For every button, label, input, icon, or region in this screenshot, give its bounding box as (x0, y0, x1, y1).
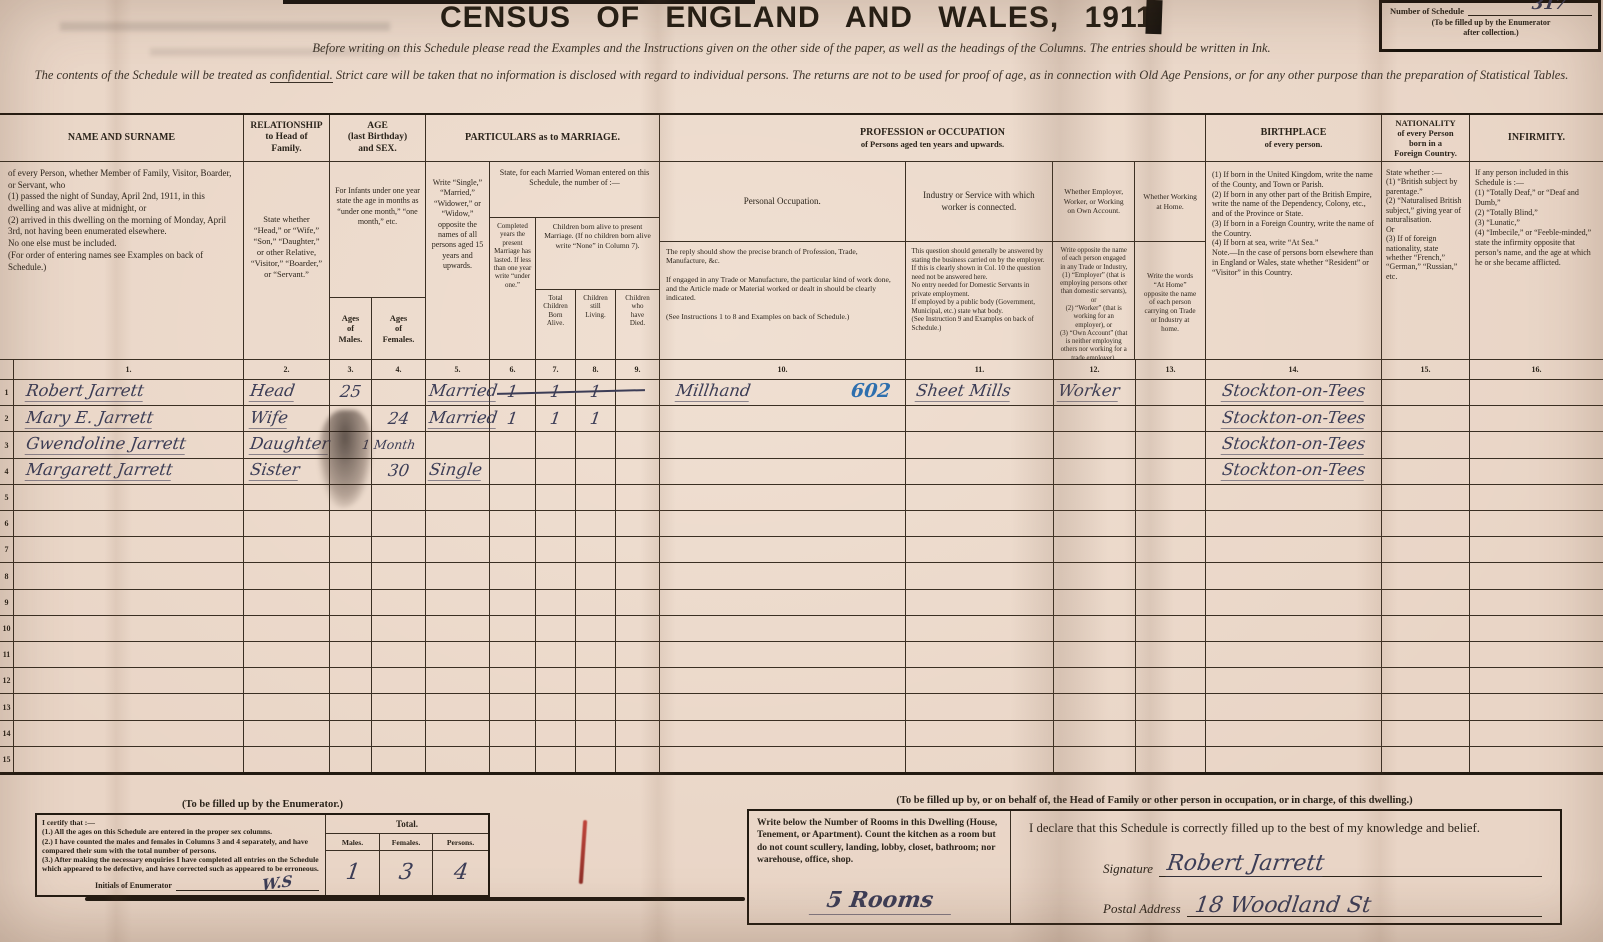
cell-died (616, 432, 660, 457)
cell-emp (1054, 406, 1136, 431)
cell-rel (244, 642, 330, 667)
cell-marital (426, 616, 490, 641)
cell-ind (906, 590, 1054, 615)
cell-nat (1382, 406, 1470, 431)
cell-home (1136, 537, 1206, 562)
cell-nat (1382, 563, 1470, 588)
males-total-value: 1 (344, 862, 361, 884)
cell-age_f (372, 380, 426, 405)
cell-living (576, 563, 616, 588)
cell-home (1136, 459, 1206, 484)
cell-nat (1382, 380, 1470, 405)
cell-home (1136, 406, 1206, 431)
table-row: 13 (0, 694, 1603, 720)
cell-rel: Wife (244, 406, 330, 431)
postal-address-label: Postal Address (1103, 901, 1181, 917)
cell-emp (1054, 616, 1136, 641)
cell-age_f (372, 537, 426, 562)
cell-marital (426, 721, 490, 746)
table-row: 4Margarett JarrettSister30SingleStockton… (0, 459, 1603, 485)
initials-line: W.S (176, 883, 319, 891)
schedule-number-label: Number of Schedule (1390, 6, 1464, 16)
column-age-title: AGE (last Birthday) and SEX. (330, 115, 425, 162)
cell-rel (244, 747, 330, 772)
cell-no: 13 (0, 694, 14, 719)
cell-rel (244, 668, 330, 693)
cell-living: 1 (576, 406, 616, 431)
col-number: 14. (1206, 360, 1382, 379)
cell-nat (1382, 747, 1470, 772)
cell-emp (1054, 432, 1136, 457)
nationality-body: State whether :— (1) “British subject by… (1382, 162, 1469, 287)
occupation-title-main: PROFESSION or OCCUPATION (860, 127, 1005, 139)
employer-status-head: Whether Employer, Worker, or Working on … (1053, 162, 1134, 242)
cell-age_m (330, 459, 372, 484)
cell-ind (906, 432, 1054, 457)
cell-age_f (372, 747, 426, 772)
cell-age_m (330, 485, 372, 510)
cell-age_m: 25 (330, 380, 372, 405)
cell-died (616, 380, 660, 405)
red-pen-stroke (579, 820, 587, 884)
table-row: 8 (0, 563, 1603, 589)
cell-ind (906, 694, 1054, 719)
column-age-females-label: Ages of Females. (372, 298, 425, 359)
signature-line: Robert Jarrett (1159, 853, 1542, 877)
cell-years (490, 616, 536, 641)
cell-name: Gwendoline Jarrett (14, 432, 244, 457)
col-number: 2. (244, 360, 330, 379)
cell-inf (1470, 511, 1603, 536)
census-schedule-scan: CENSUS OF ENGLAND AND WALES, 1911. Befor… (0, 0, 1603, 942)
cell-inf (1470, 459, 1603, 484)
cell-years (490, 432, 536, 457)
postal-address-line: 18 Woodland St (1187, 893, 1542, 917)
personal-occupation-body: The reply should show the precise branch… (660, 242, 905, 359)
working-at-home-body: Write the words “At Home” opposite the n… (1135, 242, 1205, 359)
rooms-instruction: Write below the Number of Rooms in this … (757, 817, 1002, 866)
cell-born: 1 (536, 406, 576, 431)
cell-marital (426, 642, 490, 667)
table-row: 5 (0, 485, 1603, 511)
declaration-cell: I declare that this Schedule is correctl… (1011, 811, 1560, 923)
cell-born (536, 668, 576, 693)
enumerator-box: I certify that :— (1.) All the ages on t… (35, 813, 490, 897)
cell-born (536, 721, 576, 746)
cell-marital: Married (426, 380, 490, 405)
cell-birthplace: Stockton-on-Tees (1206, 459, 1382, 484)
cell-no: 9 (0, 590, 14, 615)
cell-inf (1470, 432, 1603, 457)
table-header: NAME AND SURNAME of every Person, whethe… (0, 115, 1603, 360)
initials-label: Initials of Enumerator (95, 881, 172, 891)
cell-born (536, 537, 576, 562)
confidential-prefix: The contents of the Schedule will be tre… (35, 68, 270, 82)
column-birthplace-title: BIRTHPLACE of every person. (1206, 115, 1381, 162)
cell-name (14, 721, 244, 746)
cell-marital (426, 747, 490, 772)
males-label: Males. (326, 834, 380, 850)
householder-box: Write below the Number of Rooms in this … (747, 809, 1562, 925)
birthplace-body: (1) If born in the United Kingdom, write… (1206, 162, 1381, 285)
cell-age_m (330, 537, 372, 562)
cell-emp (1054, 459, 1136, 484)
cell-occ (660, 642, 906, 667)
cell-name: Margarett Jarrett (14, 459, 244, 484)
cell-nat (1382, 485, 1470, 510)
cell-living (576, 642, 616, 667)
cell-age_m (330, 406, 372, 431)
column-occupation: PROFESSION or OCCUPATION of Persons aged… (660, 115, 1206, 359)
column-years-married-note: Completed years the present Marriage has… (490, 218, 536, 359)
cell-nat (1382, 721, 1470, 746)
table-row: 7 (0, 537, 1603, 563)
cell-inf (1470, 616, 1603, 641)
cell-rel: Daughter (244, 432, 330, 457)
cell-inf (1470, 590, 1603, 615)
cell-birthplace (1206, 721, 1382, 746)
table-row: 11 (0, 642, 1603, 668)
cell-no: 15 (0, 747, 14, 772)
table-row: 14 (0, 721, 1603, 747)
cell-no: 1 (0, 380, 14, 405)
cell-age_m (330, 668, 372, 693)
cell-occ: Millhand602 (660, 380, 906, 405)
column-marriage-title: PARTICULARS as to MARRIAGE. (426, 115, 659, 162)
cell-born (536, 694, 576, 719)
cell-age_f (372, 590, 426, 615)
rooms-value-underline: 5 Rooms (808, 889, 950, 915)
table-rows: 1Robert JarrettHead25Married111Millhand6… (0, 380, 1603, 772)
cell-living (576, 590, 616, 615)
cell-living (576, 459, 616, 484)
cell-inf (1470, 694, 1603, 719)
column-relationship-instructions: State whether “Head,” or “Wife,” “Son,” … (244, 162, 329, 288)
cell-home (1136, 747, 1206, 772)
cell-ind (906, 511, 1054, 536)
cell-occ (660, 537, 906, 562)
cell-age_f (372, 694, 426, 719)
cell-died (616, 563, 660, 588)
cell-birthplace (1206, 747, 1382, 772)
cell-occ (660, 616, 906, 641)
rooms-cell: Write below the Number of Rooms in this … (749, 811, 1011, 923)
cell-ind (906, 721, 1054, 746)
cell-years (490, 459, 536, 484)
cell-occ (660, 694, 906, 719)
cell-emp (1054, 747, 1136, 772)
cell-age_m (330, 642, 372, 667)
cell-rel (244, 563, 330, 588)
cell-birthplace (1206, 616, 1382, 641)
persons-label: Persons. (433, 834, 488, 850)
cell-emp (1054, 721, 1136, 746)
cell-occ (660, 590, 906, 615)
females-label: Females. (380, 834, 433, 850)
cell-born (536, 459, 576, 484)
cell-inf (1470, 747, 1603, 772)
cell-home (1136, 694, 1206, 719)
col-number: 4. (372, 360, 426, 379)
column-age-note: For Infants under one year state the age… (330, 162, 425, 297)
table-row: 6 (0, 511, 1603, 537)
col-number: 10. (660, 360, 906, 379)
occupation-code: 602 (850, 380, 892, 402)
cell-born (536, 616, 576, 641)
cell-born (536, 590, 576, 615)
cell-rel (244, 537, 330, 562)
cell-name (14, 485, 244, 510)
cell-died (616, 459, 660, 484)
cell-home (1136, 485, 1206, 510)
cell-ind: Sheet Mills (906, 380, 1054, 405)
cell-born (536, 485, 576, 510)
cell-died (616, 537, 660, 562)
cell-marital (426, 511, 490, 536)
cell-name (14, 616, 244, 641)
schedule-number-value: 317 (1530, 0, 1567, 13)
cell-nat (1382, 616, 1470, 641)
table-row: 2Mary E. JarrettWife24Married111Stockton… (0, 406, 1603, 432)
cell-nat (1382, 511, 1470, 536)
table-row: 9 (0, 590, 1603, 616)
col-number: 7. (536, 360, 576, 379)
census-table: NAME AND SURNAME of every Person, whethe… (0, 113, 1603, 775)
females-total-value: 3 (397, 862, 414, 884)
signature-value: Robert Jarrett (1165, 853, 1325, 877)
cell-age_m (330, 747, 372, 772)
cell-home (1136, 511, 1206, 536)
birthplace-title-sub: of every person. (1265, 139, 1323, 149)
enumerator-initials-value: W.S (262, 871, 293, 894)
cell-inf (1470, 485, 1603, 510)
cell-emp (1054, 485, 1136, 510)
cell-rel (244, 511, 330, 536)
cell-years (490, 642, 536, 667)
personal-occupation-head: Personal Occupation. (660, 162, 905, 242)
cell-home (1136, 563, 1206, 588)
industry-body: This question should generally be answer… (906, 242, 1053, 359)
column-children-died-label: Children who have Died. (616, 290, 659, 359)
table-row: 3Gwendoline JarrettDaughter1 MonthStockt… (0, 432, 1603, 458)
cell-home (1136, 616, 1206, 641)
cell-birthplace: Stockton-on-Tees (1206, 406, 1382, 431)
column-birthplace: BIRTHPLACE of every person. (1) If born … (1206, 115, 1382, 359)
cell-no: 11 (0, 642, 14, 667)
cell-born (536, 642, 576, 667)
enumerator-certification: I certify that :— (1.) All the ages on t… (42, 818, 320, 874)
column-relationship-title: RELATIONSHIP to Head of Family. (244, 115, 329, 162)
industry-head: Industry or Service with which worker is… (906, 162, 1053, 242)
cell-emp (1054, 537, 1136, 562)
cell-occ (660, 747, 906, 772)
cell-age_m (330, 721, 372, 746)
cell-died (616, 406, 660, 431)
col-number: 5. (426, 360, 490, 379)
occupation-title-sub: of Persons aged ten years and upwards. (861, 139, 1004, 149)
cell-died (616, 747, 660, 772)
cell-rel (244, 694, 330, 719)
col-number: 16. (1470, 360, 1603, 379)
cell-marital: Single (426, 459, 490, 484)
cell-no: 4 (0, 459, 14, 484)
cell-birthplace: Stockton-on-Tees (1206, 432, 1382, 457)
cell-age_m (330, 590, 372, 615)
cell-home (1136, 432, 1206, 457)
cell-living (576, 432, 616, 457)
schedule-number-box: Number of Schedule 317 (To be filled up … (1379, 0, 1601, 52)
cell-no: 3 (0, 432, 14, 457)
cell-name (14, 590, 244, 615)
cell-age_f (372, 511, 426, 536)
cell-occ (660, 485, 906, 510)
cell-inf (1470, 406, 1603, 431)
column-name-title: NAME AND SURNAME (0, 115, 243, 162)
cell-ind (906, 616, 1054, 641)
heavy-rule (85, 897, 745, 901)
cell-nat (1382, 432, 1470, 457)
cell-born (536, 511, 576, 536)
cell-occ (660, 721, 906, 746)
postal-address-value: 18 Woodland St (1193, 895, 1372, 917)
col-number: 15. (1382, 360, 1470, 379)
cell-name (14, 747, 244, 772)
cell-living (576, 694, 616, 719)
cell-rel (244, 590, 330, 615)
col-number: 8. (576, 360, 616, 379)
cell-birthplace (1206, 563, 1382, 588)
cell-birthplace (1206, 537, 1382, 562)
cell-name: Mary E. Jarrett (14, 406, 244, 431)
householder-heading: (To be filled up by, or on behalf of, th… (747, 795, 1562, 806)
cell-years (490, 668, 536, 693)
cell-years (490, 721, 536, 746)
table-row: 1Robert JarrettHead25Married111Millhand6… (0, 380, 1603, 406)
cell-living (576, 485, 616, 510)
cell-occ (660, 668, 906, 693)
persons-total-value: 4 (452, 862, 469, 884)
cell-years (490, 511, 536, 536)
rooms-value: 5 Rooms (825, 889, 934, 911)
cell-age_m (330, 694, 372, 719)
declaration-text: I declare that this Schedule is correctl… (1029, 821, 1544, 836)
column-children-note: Children born alive to present Marriage.… (536, 218, 659, 290)
col-number: 9. (616, 360, 660, 379)
cell-nat (1382, 537, 1470, 562)
cell-nat (1382, 459, 1470, 484)
cell-died (616, 668, 660, 693)
cell-age_f (372, 563, 426, 588)
cell-inf (1470, 380, 1603, 405)
column-nationality: NATIONALITY of every Person born in a Fo… (1382, 115, 1470, 359)
cell-home (1136, 721, 1206, 746)
instruction-line-1: Before writing on this Schedule please r… (120, 41, 1463, 56)
cell-rel: Sister (244, 459, 330, 484)
cell-age_m (330, 511, 372, 536)
cell-birthplace (1206, 485, 1382, 510)
cell-inf (1470, 721, 1603, 746)
cell-marital (426, 563, 490, 588)
table-row: 10 (0, 616, 1603, 642)
column-married-woman-note: State, for each Married Woman entered on… (490, 162, 659, 218)
cell-birthplace (1206, 694, 1382, 719)
cell-died (616, 590, 660, 615)
cell-age_f (372, 642, 426, 667)
cell-birthplace (1206, 590, 1382, 615)
cell-living (576, 668, 616, 693)
col-number: 6. (490, 360, 536, 379)
col-number: 11. (906, 360, 1054, 379)
cell-nat (1382, 642, 1470, 667)
col-number-gutter (0, 360, 14, 379)
cell-no: 12 (0, 668, 14, 693)
enumerator-heading: (To be filled up by the Enumerator.) (35, 799, 490, 810)
cell-years (490, 694, 536, 719)
cell-living (576, 747, 616, 772)
cell-inf (1470, 642, 1603, 667)
cell-occ (660, 432, 906, 457)
cell-died (616, 485, 660, 510)
cell-years (490, 590, 536, 615)
cell-age_m (330, 563, 372, 588)
cell-ind (906, 485, 1054, 510)
column-age: AGE (last Birthday) and SEX. For Infants… (330, 115, 426, 359)
working-at-home-head: Whether Working at Home. (1135, 162, 1205, 242)
cell-occ (660, 406, 906, 431)
cell-ind (906, 642, 1054, 667)
confidential-rest: Strict care will be taken that no inform… (333, 68, 1569, 82)
cell-age_m (330, 616, 372, 641)
column-industry: Industry or Service with which worker is… (906, 162, 1054, 359)
cell-emp: Worker (1054, 380, 1136, 405)
cell-home (1136, 668, 1206, 693)
column-occupation-title: PROFESSION or OCCUPATION of Persons aged… (660, 115, 1205, 162)
cell-age_f (372, 668, 426, 693)
cell-ind (906, 747, 1054, 772)
cell-marital (426, 668, 490, 693)
cell-nat (1382, 694, 1470, 719)
cell-home (1136, 380, 1206, 405)
col-number: 13. (1136, 360, 1206, 379)
cell-marital (426, 694, 490, 719)
cell-marital (426, 537, 490, 562)
cell-name (14, 537, 244, 562)
cell-occ (660, 511, 906, 536)
cell-no: 10 (0, 616, 14, 641)
column-infirmity-title: INFIRMITY. (1470, 115, 1603, 162)
cell-living (576, 511, 616, 536)
cell-name: Robert Jarrett (14, 380, 244, 405)
cell-born (536, 432, 576, 457)
cell-inf (1470, 537, 1603, 562)
cell-ind (906, 668, 1054, 693)
totals-section: Total. Males. Females. Persons. 1 3 4 (326, 815, 488, 895)
cell-ind (906, 406, 1054, 431)
cell-emp (1054, 511, 1136, 536)
column-name-instructions: of every Person, whether Member of Famil… (0, 162, 243, 279)
cell-age_f: 24 (372, 406, 426, 431)
cell-name (14, 668, 244, 693)
cell-name (14, 563, 244, 588)
column-children-born-label: Total Children Born Alive. (536, 290, 576, 359)
cell-no: 8 (0, 563, 14, 588)
cell-living (576, 616, 616, 641)
cell-died (616, 616, 660, 641)
column-nationality-title: NATIONALITY of every Person born in a Fo… (1382, 115, 1469, 162)
form-title: CENSUS OF ENGLAND AND WALES, 1911. (0, 1, 1603, 35)
cell-name (14, 511, 244, 536)
cell-died (616, 694, 660, 719)
